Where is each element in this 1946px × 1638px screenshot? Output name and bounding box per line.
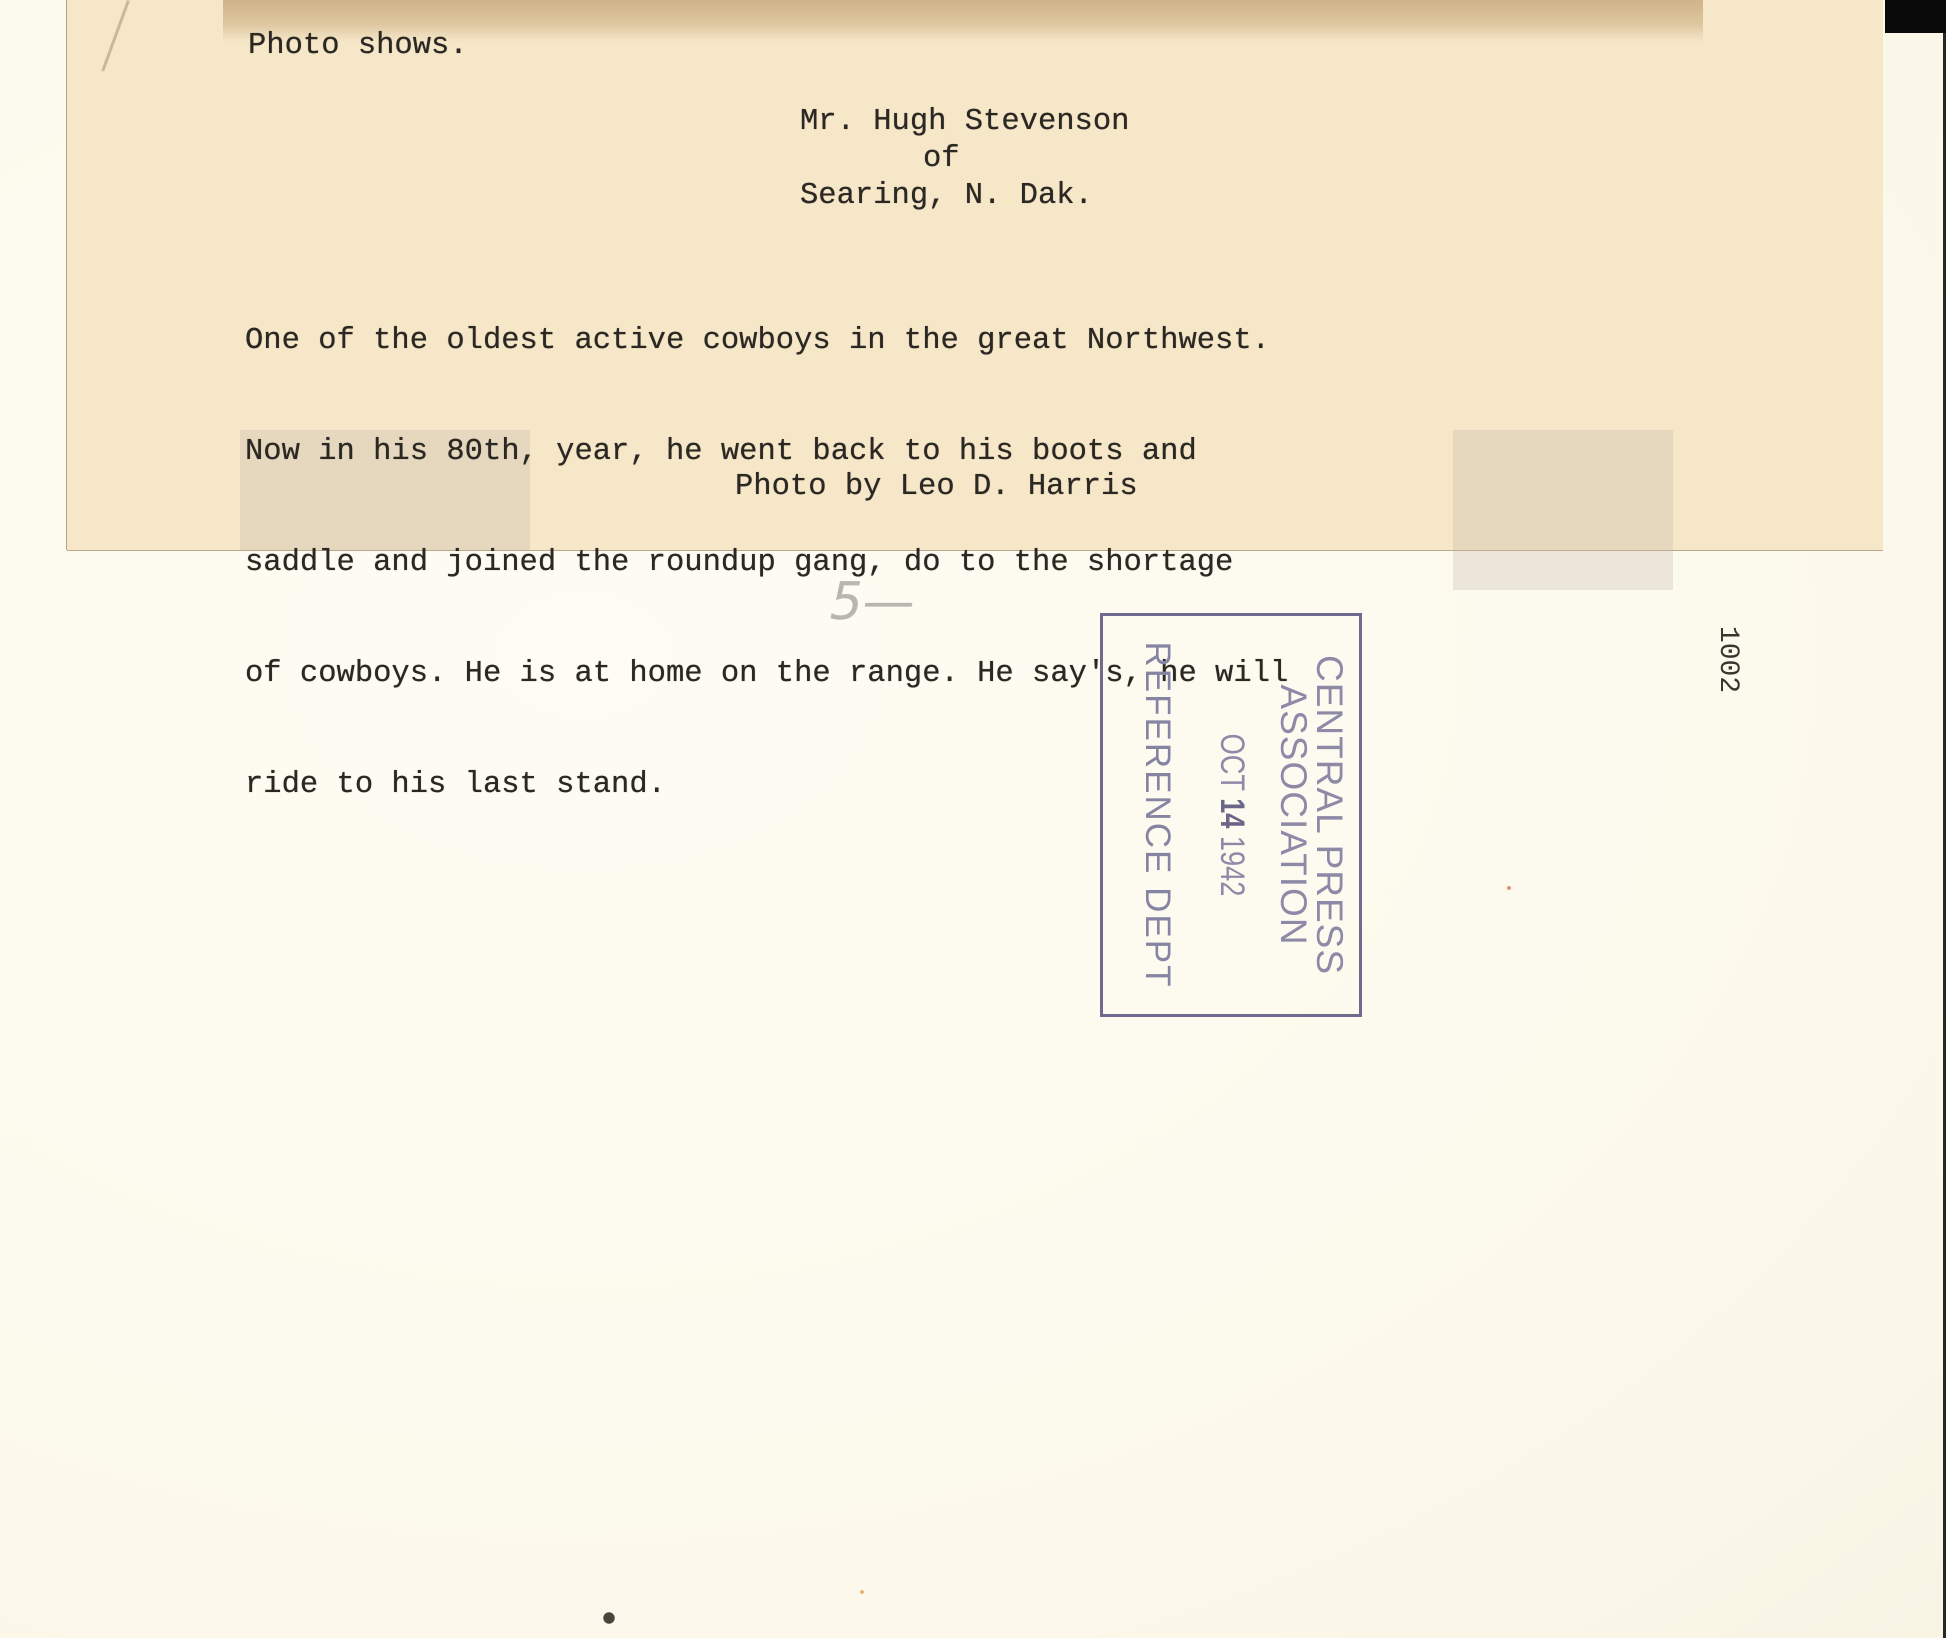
archive-stamp: CENTRAL PRESS ASSOCIATION OCT 14 1942 RE… [1100, 613, 1362, 1017]
stamp-org-line1: CENTRAL PRESS [1310, 613, 1348, 1017]
ink-speck [1507, 886, 1511, 890]
stamp-department: REFERENCE DEPT [1138, 613, 1176, 1017]
pencil-annotation: 5— [824, 572, 922, 632]
catalog-number: 1002 [1712, 626, 1743, 693]
photo-credit: Photo by Leo D. Harris [735, 469, 1138, 506]
tape-patch-right [1453, 430, 1673, 590]
stamp-org-line2: ASSOCIATION [1274, 613, 1312, 1017]
stamp-content: CENTRAL PRESS ASSOCIATION OCT 14 1942 RE… [1100, 613, 1362, 1017]
debris-mark [603, 1612, 615, 1632]
scan-corner-background [1885, 0, 1946, 33]
caption-header: Photo shows. [248, 28, 468, 65]
stamp-date: OCT 14 1942 [1214, 653, 1250, 976]
caption-line: saddle and joined the roundup gang, do t… [245, 545, 1288, 582]
caption-line: Now in his 80th, year, he went back to h… [245, 434, 1288, 471]
caption-slip: Photo shows. Mr. Hugh Stevenson of Seari… [67, 0, 1883, 550]
stamp-date-day: 14 [1213, 798, 1251, 828]
ink-speck [860, 1590, 864, 1594]
stamp-date-month: OCT [1213, 734, 1251, 791]
subject-connector: of [923, 141, 960, 178]
caption-line: One of the oldest active cowboys in the … [245, 323, 1288, 360]
stamp-date-year: 1942 [1213, 836, 1251, 897]
crease-mark [101, 0, 129, 72]
subject-name: Mr. Hugh Stevenson [800, 104, 1129, 141]
subject-place: Searing, N. Dak. [800, 178, 1093, 215]
